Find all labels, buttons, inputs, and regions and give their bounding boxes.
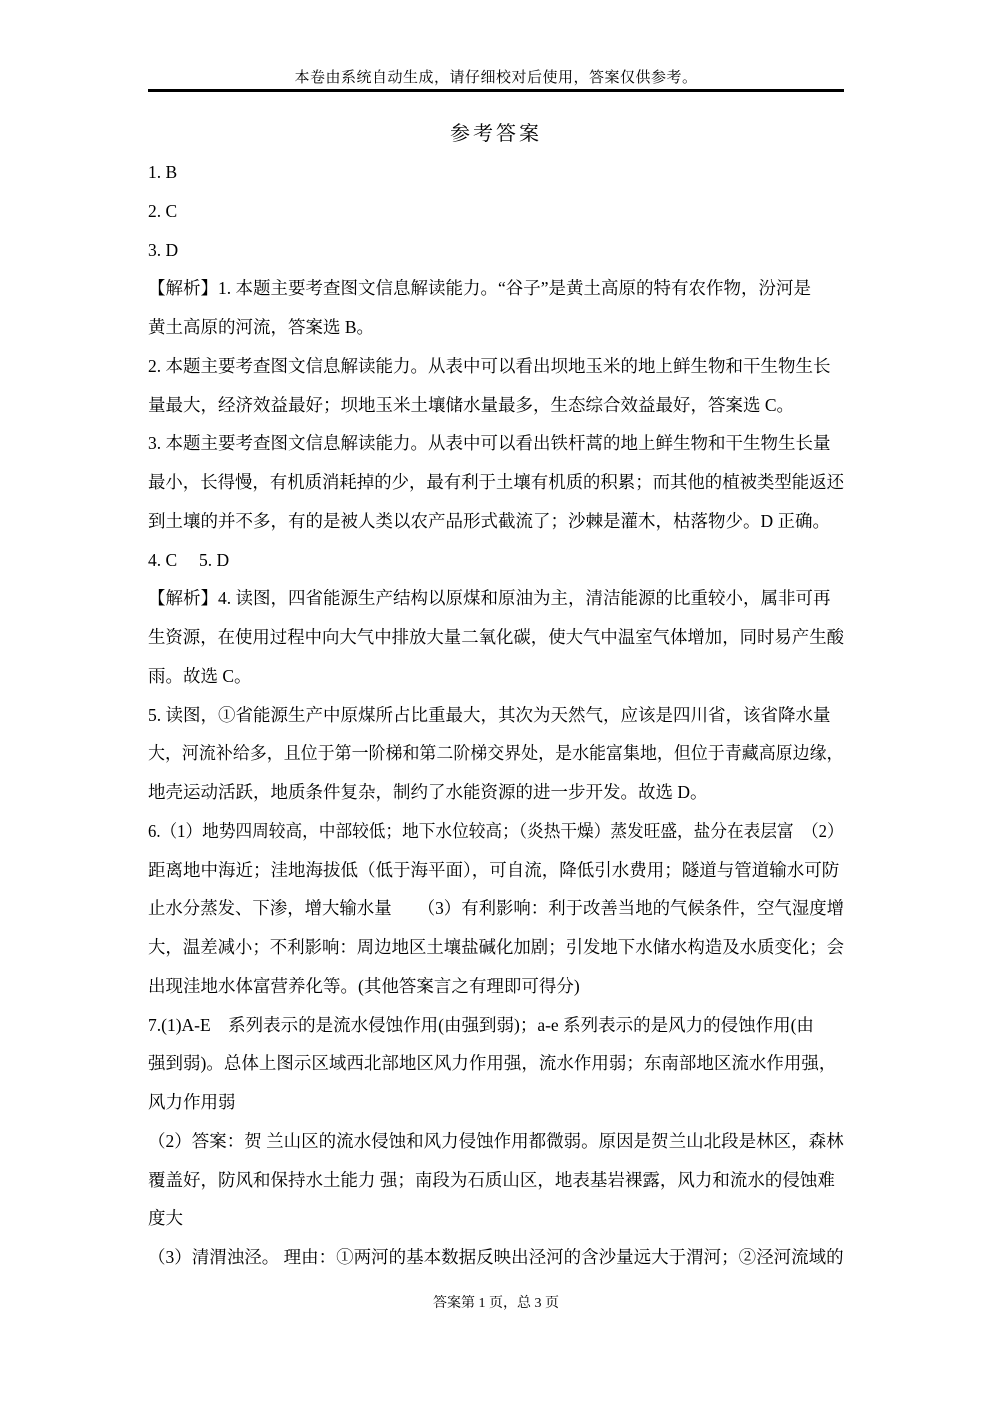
text-line: 度大 [148,1199,844,1238]
text-line: 3. 本题主要考查图文信息解读能力。从表中可以看出铁杆蒿的地上鲜生物和干生物生长… [148,424,844,463]
answer-block: 4. C 5. D [148,541,844,580]
text-line: 出现洼地水体富营养化等。(其他答案言之有理即可得分) [148,967,844,1006]
text-line: 生资源，在使用过程中向大气中排放大量二氧化碳，使大气中温室气体增加，同时易产生酸 [148,618,840,657]
header-note: 本卷由系统自动生成，请仔细校对后使用，答案仅供参考。 [0,66,992,87]
answer-block: 2. C [148,192,844,231]
divider [148,89,844,92]
text-line: 7.(1)A-E 系列表示的是流水侵蚀作用(由强到弱)；a-e 系列表示的是风力… [148,1006,844,1045]
answer-block: 【解析】1. 本题主要考查图文信息解读能力。“谷子”是黄土高原的特有农作物，汾河… [148,269,844,347]
text-line: 6.（1）地势四周较高，中部较低；地下水位较高；（炎热干燥）蒸发旺盛，盐分在表层… [148,812,811,851]
text-line: 大，温差减小；不利影响：周边地区土壤盐碱化加剧；引发地下水储水构造及水质变化；会 [148,928,840,967]
text-line: 雨。故选 C。 [148,657,844,696]
text-line: 量最大，经济效益最好；坝地玉米土壤储水量最多，生态综合效益最好，答案选 C。 [148,386,844,425]
answer-block: 2. 本题主要考查图文信息解读能力。从表中可以看出坝地玉米的地上鲜生物和干生物生… [148,347,844,425]
page-footer: 答案第 1 页，总 3 页 [0,1292,992,1312]
text-line: 4. C 5. D [148,541,844,580]
text-line: 2. C [148,192,844,231]
answer-block: 5. 读图，①省能源生产中原煤所占比重最大，其次为天然气，应该是四川省，该省降水… [148,696,844,812]
answer-block: （2）答案：贺 兰山区的流水侵蚀和风力侵蚀作用都微弱。原因是贺兰山北段是林区，森… [148,1122,844,1238]
text-line: 黄土高原的河流，答案选 B。 [148,308,844,347]
text-line: 覆盖好，防风和保持水土能力 强；南段为石质山区，地表基岩裸露，风力和流水的侵蚀难 [148,1161,844,1200]
text-line: 5. 读图，①省能源生产中原煤所占比重最大，其次为天然气，应该是四川省，该省降水… [148,696,844,735]
text-line: 2. 本题主要考查图文信息解读能力。从表中可以看出坝地玉米的地上鲜生物和干生物生… [148,347,844,386]
answer-block: 7.(1)A-E 系列表示的是流水侵蚀作用(由强到弱)；a-e 系列表示的是风力… [148,1006,844,1122]
text-line: 强到弱)。总体上图示区域西北部地区风力作用强，流水作用弱；东南部地区流水作用强， [148,1044,844,1083]
answer-content: 1. B2. C3. D【解析】1. 本题主要考查图文信息解读能力。“谷子”是黄… [148,153,844,1277]
text-line: 3. D [148,231,844,270]
page: 本卷由系统自动生成，请仔细校对后使用，答案仅供参考。 参考答案 1. B2. C… [0,0,992,1403]
text-line: 风力作用弱 [148,1083,844,1122]
text-line: 【解析】4. 读图，四省能源生产结构以原煤和原油为主，清洁能源的比重较小，属非可… [148,579,844,618]
page-title: 参考答案 [0,117,992,146]
answer-block: 6.（1）地势四周较高，中部较低；地下水位较高；（炎热干燥）蒸发旺盛，盐分在表层… [148,812,844,1006]
text-line: 地壳运动活跃，地质条件复杂，制约了水能资源的进一步开发。故选 D。 [148,773,844,812]
answer-block: （3）清渭浊泾。 理由：①两河的基本数据反映出泾河的含沙量远大于渭河；②泾河流域… [148,1238,844,1277]
text-line: 最小，长得慢，有机质消耗掉的少，最有利于土壤有机质的积累；而其他的植被类型能返还 [148,463,840,502]
text-line: 到土壤的并不多，有的是被人类以农产品形式截流了；沙棘是灌木，枯落物少。D 正确。 [148,502,844,541]
answer-block: 【解析】4. 读图，四省能源生产结构以原煤和原油为主，清洁能源的比重较小，属非可… [148,579,844,695]
text-line: （2）答案：贺 兰山区的流水侵蚀和风力侵蚀作用都微弱。原因是贺兰山北段是林区，森… [148,1122,844,1161]
text-line: 止水分蒸发、下渗，增大输水量 （3）有利影响：利于改善当地的气候条件，空气湿度增 [148,889,840,928]
answer-block: 1. B [148,153,844,192]
text-line: （3）清渭浊泾。 理由：①两河的基本数据反映出泾河的含沙量远大于渭河；②泾河流域… [148,1238,844,1277]
answer-block: 3. D [148,231,844,270]
answer-block: 3. 本题主要考查图文信息解读能力。从表中可以看出铁杆蒿的地上鲜生物和干生物生长… [148,424,844,540]
text-line: 大，河流补给多，且位于第一阶梯和第二阶梯交界处，是水能富集地，但位于青藏高原边缘… [148,734,823,773]
text-line: 1. B [148,153,844,192]
text-line: 【解析】1. 本题主要考查图文信息解读能力。“谷子”是黄土高原的特有农作物，汾河… [148,269,844,308]
text-line: 距离地中海近；洼地海拔低（低于海平面），可自流，降低引水费用；隧道与管道输水可防 [148,851,844,890]
